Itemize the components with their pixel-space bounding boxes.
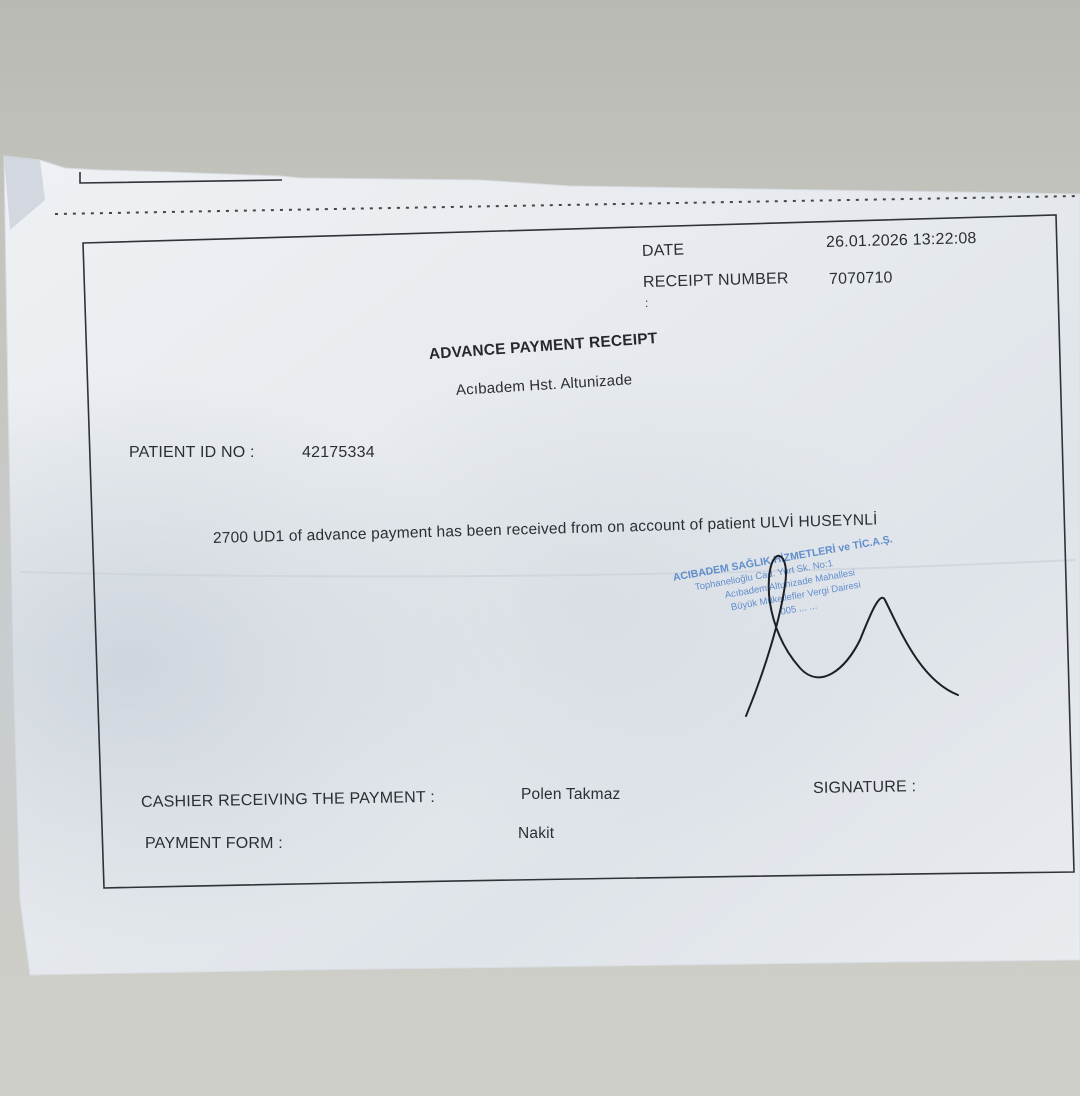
payment-form-label: PAYMENT FORM : — [145, 835, 283, 853]
receipt-number-label: RECEIPT NUMBER — [643, 270, 789, 292]
receipt-number-colon: : — [645, 296, 649, 310]
signature-label: SIGNATURE : — [813, 778, 917, 798]
patient-id-value: 42175334 — [302, 444, 375, 462]
cashier-name: Polen Takmaz — [521, 786, 620, 804]
payment-form-value: Nakit — [518, 825, 554, 843]
date-label: DATE — [642, 242, 685, 261]
receipt-number-value: 7070710 — [829, 269, 893, 289]
receipt-paper: DATE 26.01.2026 13:22:08 RECEIPT NUMBER … — [0, 0, 1080, 1096]
patient-id-label: PATIENT ID NO : — [129, 444, 255, 462]
